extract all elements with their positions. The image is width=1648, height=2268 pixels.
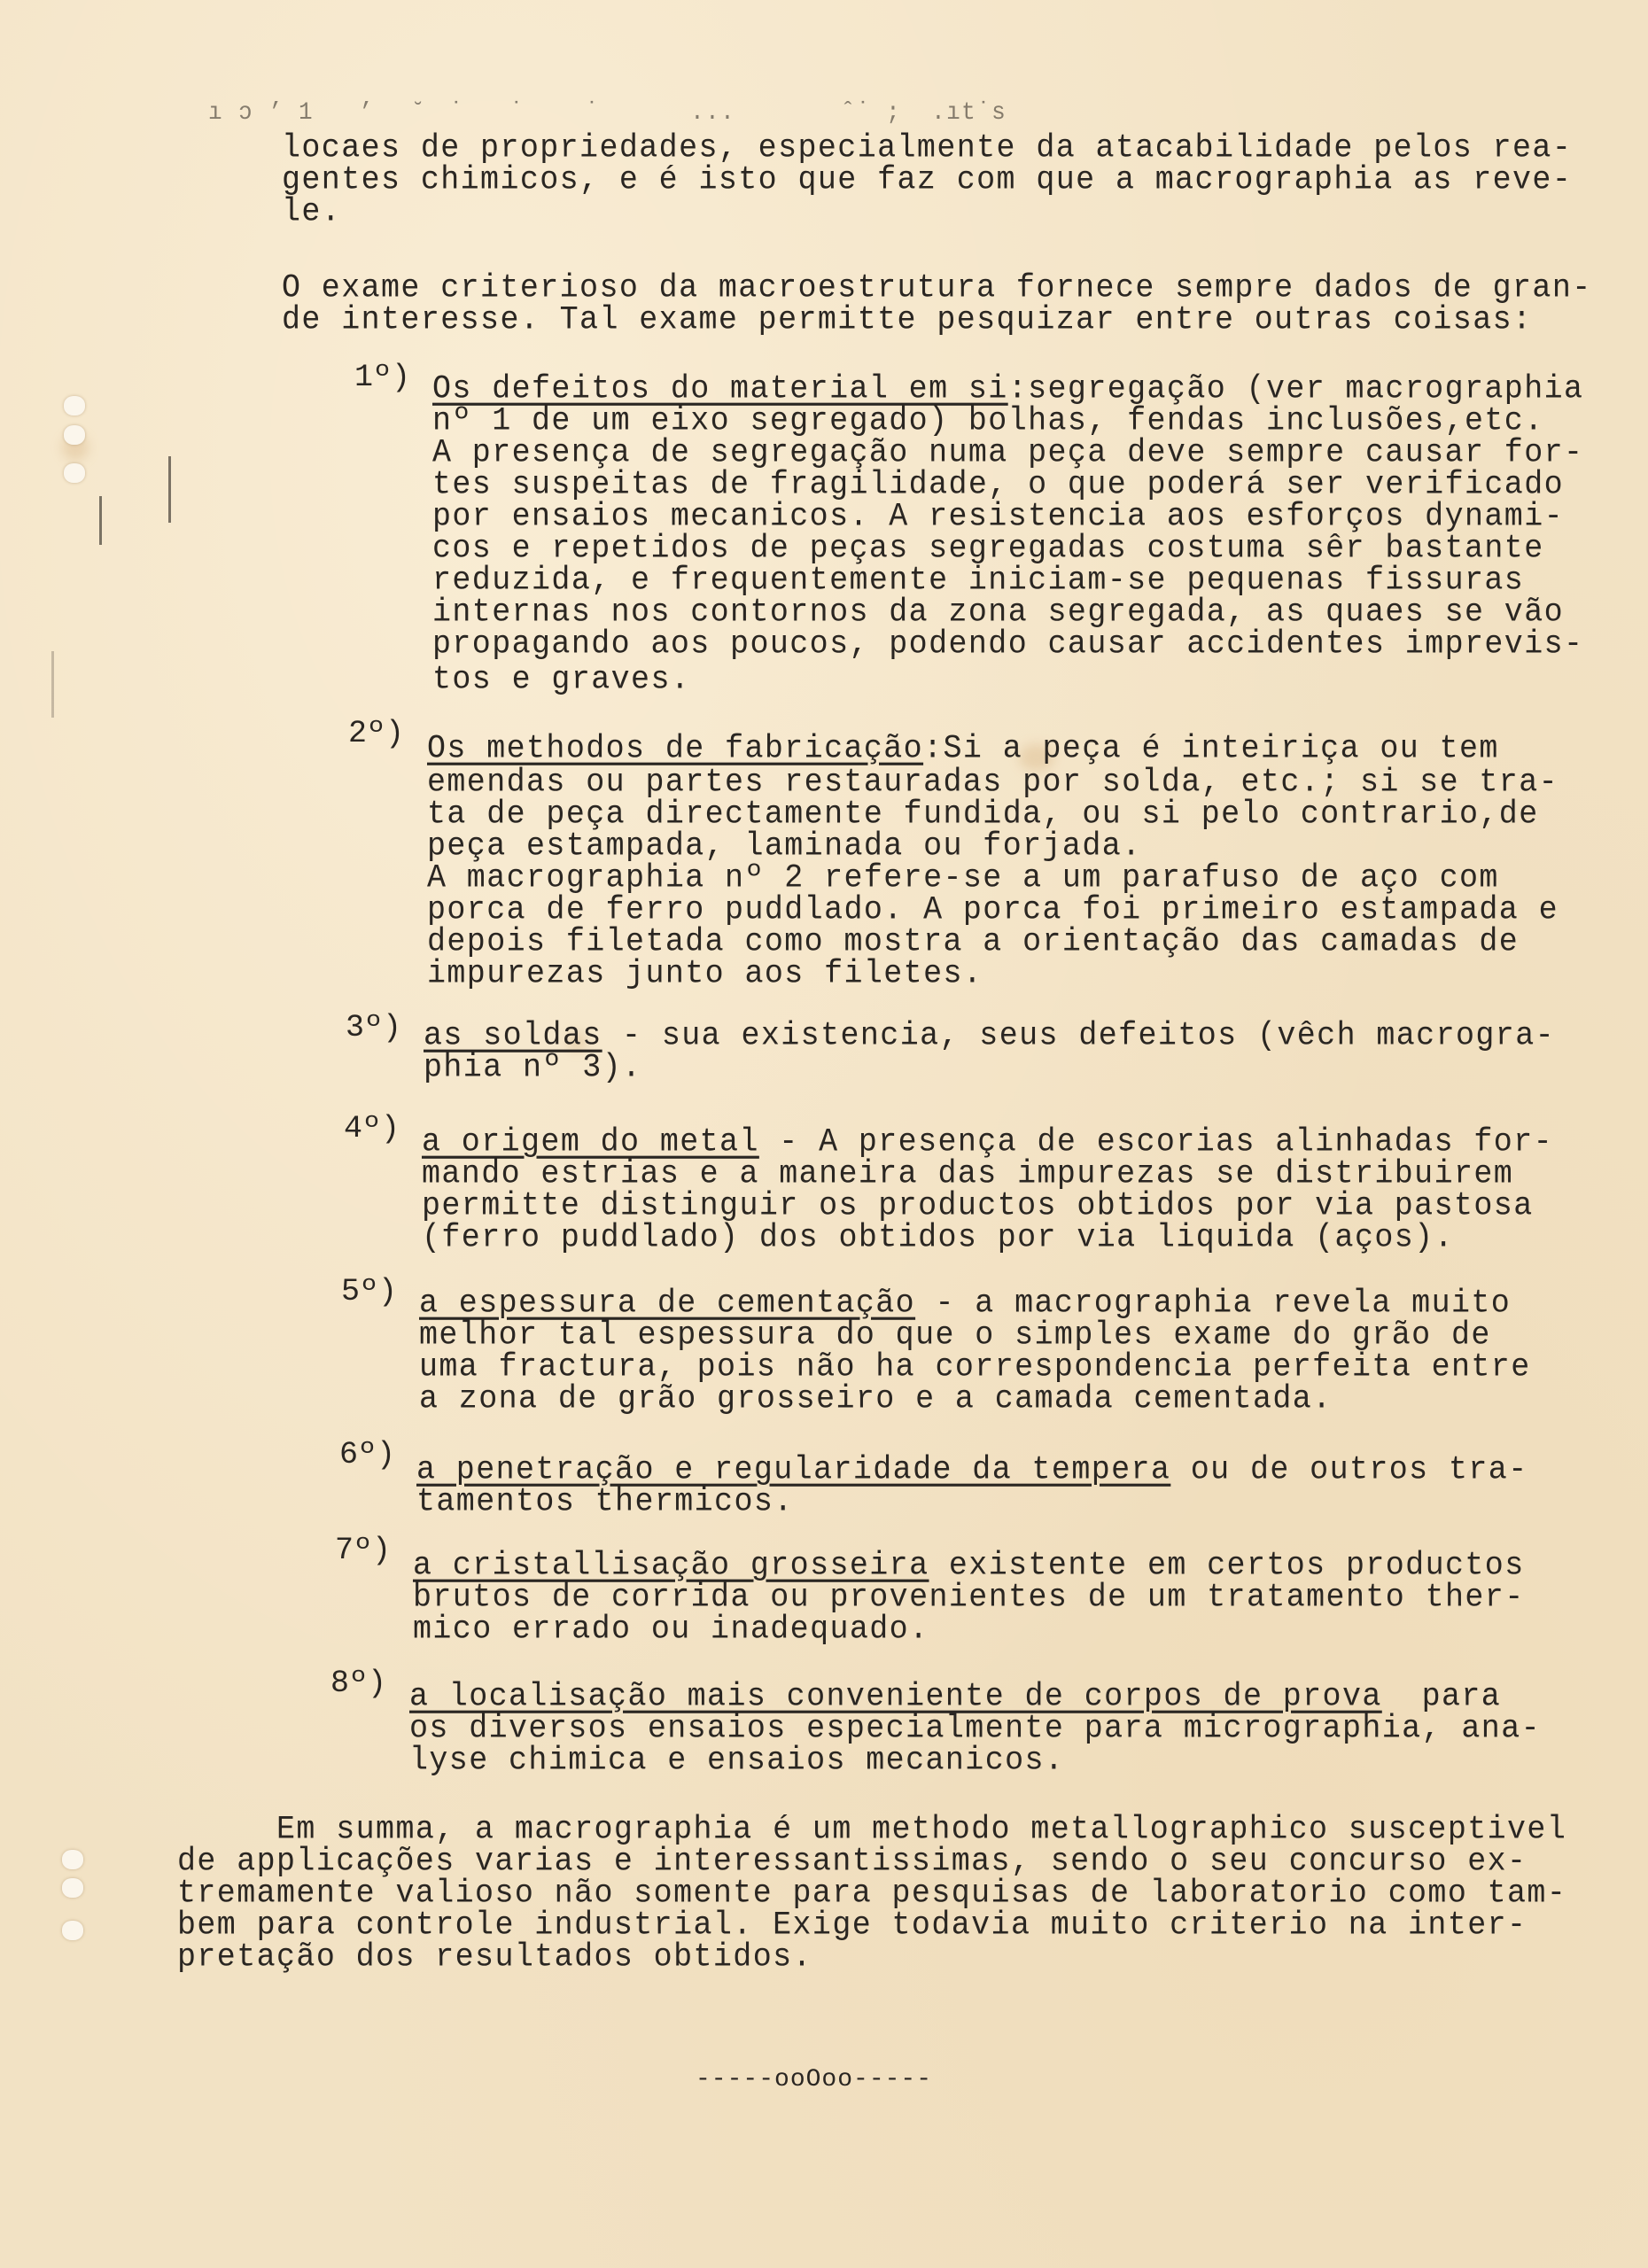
text-line: bem para controle industrial. Exige toda…: [177, 1908, 1527, 1942]
text-line: internas nos contornos da zona segregada…: [432, 595, 1564, 629]
margin-mark: [99, 496, 102, 545]
text-line: porca de ferro puddlado. A porca foi pri…: [427, 893, 1559, 927]
item-number: 5º): [341, 1276, 397, 1308]
text-line: O exame criterioso da macroestrutura for…: [282, 271, 1592, 305]
text-line: a espessura de cementação - a macrograph…: [419, 1286, 1511, 1320]
text-line: propagando aos poucos, podendo causar ac…: [432, 627, 1583, 661]
item-number: 8º): [330, 1667, 386, 1699]
item-number: 7º): [335, 1534, 391, 1566]
text-line: a localisação mais conveniente de corpos…: [409, 1680, 1501, 1713]
text-line: emendas ou partes restauradas por solda,…: [427, 765, 1559, 799]
text-line: os diversos ensaios especialmente para m…: [409, 1712, 1541, 1745]
punch-hole-icon: [62, 1878, 83, 1898]
item-text: - sua existencia, seus defeitos (vêch ma…: [602, 1017, 1555, 1054]
text-line: le.: [282, 195, 341, 229]
text-line: por ensaios mecanicos. A resistencia aos…: [432, 500, 1564, 533]
text-line: tremamente valioso não somente para pesq…: [177, 1876, 1566, 1910]
punch-hole-icon: [64, 463, 85, 483]
text-line: Em summa, a macrographia é um methodo me…: [177, 1813, 1566, 1846]
text-line: peça estampada, laminada ou forjada.: [427, 829, 1142, 863]
text-line: A presença de segregação numa peça deve …: [432, 436, 1583, 470]
item-text: ou de outros tra-: [1170, 1451, 1528, 1488]
text-line: uma fractura, pois não ha correspondenci…: [419, 1350, 1531, 1384]
text-line: lyse chimica e ensaios mecanicos.: [409, 1744, 1064, 1777]
text-line: a origem do metal - A presença de escori…: [422, 1125, 1553, 1159]
margin-mark: [168, 456, 171, 523]
text-line: ta de peça directamente fundida, ou si p…: [427, 797, 1539, 831]
text-line: locaes de propriedades, especialmente da…: [282, 131, 1572, 165]
header-fragment: ı ɔ ’ 1 ’ ̆ ˙ ˙ ˙ ... ˆ˙ ; .ıt˙s: [208, 96, 1007, 129]
punch-hole-icon: [62, 1921, 83, 1940]
end-divider: -----ooOoo-----: [696, 2066, 932, 2093]
punch-hole-icon: [64, 396, 85, 416]
item-number: 4º): [344, 1113, 400, 1145]
text-line: nº 1 de um eixo segregado) bolhas, fenda…: [432, 404, 1544, 438]
text-line: as soldas - sua existencia, seus defeito…: [424, 1019, 1555, 1052]
text-line: mico errado ou inadequado.: [413, 1612, 929, 1646]
text-line: tos e graves.: [432, 663, 690, 696]
text-line: depois filetada como mostra a orientação…: [427, 925, 1519, 959]
item-number: 6º): [339, 1439, 395, 1471]
text-line: de interesse. Tal exame permitte pesquiz…: [282, 303, 1532, 337]
text-line: a zona de grão grosseiro e a camada ceme…: [419, 1382, 1333, 1416]
text-line: Os methodos de fabricação:Si a peça é in…: [427, 732, 1499, 765]
text-line: permitte distinguir os productos obtidos…: [422, 1189, 1534, 1223]
text-line: phia nº 3).: [424, 1051, 641, 1084]
text-line: reduzida, e frequentemente iniciam-se pe…: [432, 563, 1524, 597]
text-line: Os defeitos do material em si:segregação…: [432, 372, 1583, 406]
item-number: 2º): [348, 718, 404, 750]
text-line: a cristallisação grosseira existente em …: [413, 1549, 1525, 1582]
text-line: pretação dos resultados obtidos.: [177, 1940, 812, 1974]
text-line: gentes chimicos, e é isto que faz com qu…: [282, 163, 1572, 197]
text-line: cos e repetidos de peças segregadas cost…: [432, 532, 1544, 565]
text-line: impurezas junto aos filetes.: [427, 957, 983, 990]
text-line: a penetração e regularidade da tempera o…: [416, 1453, 1528, 1487]
item-heading: Os methodos de fabricação: [427, 730, 923, 767]
text-line: tamentos thermicos.: [416, 1485, 794, 1518]
punch-hole-icon: [62, 1850, 83, 1869]
text-line: A macrographia nº 2 refere-se a um paraf…: [427, 861, 1499, 895]
text-line: de applicações varias e interessantissim…: [177, 1845, 1527, 1878]
text-line: (ferro puddlado) dos obtidos por via liq…: [422, 1221, 1454, 1254]
item-text: :Si a peça é inteiriça ou tem: [923, 730, 1499, 767]
item-number: 3º): [346, 1012, 401, 1044]
margin-mark: [51, 651, 54, 718]
punch-hole-icon: [64, 425, 85, 445]
text-line: brutos de corrida ou provenientes de um …: [413, 1581, 1525, 1614]
item-number: 1º): [354, 361, 410, 393]
text-line: tes suspeitas de fragilidade, o que pode…: [432, 468, 1564, 501]
text-line: melhor tal espessura do que o simples ex…: [419, 1318, 1491, 1352]
text-line: mando estrias e a maneira das impurezas …: [422, 1157, 1513, 1191]
